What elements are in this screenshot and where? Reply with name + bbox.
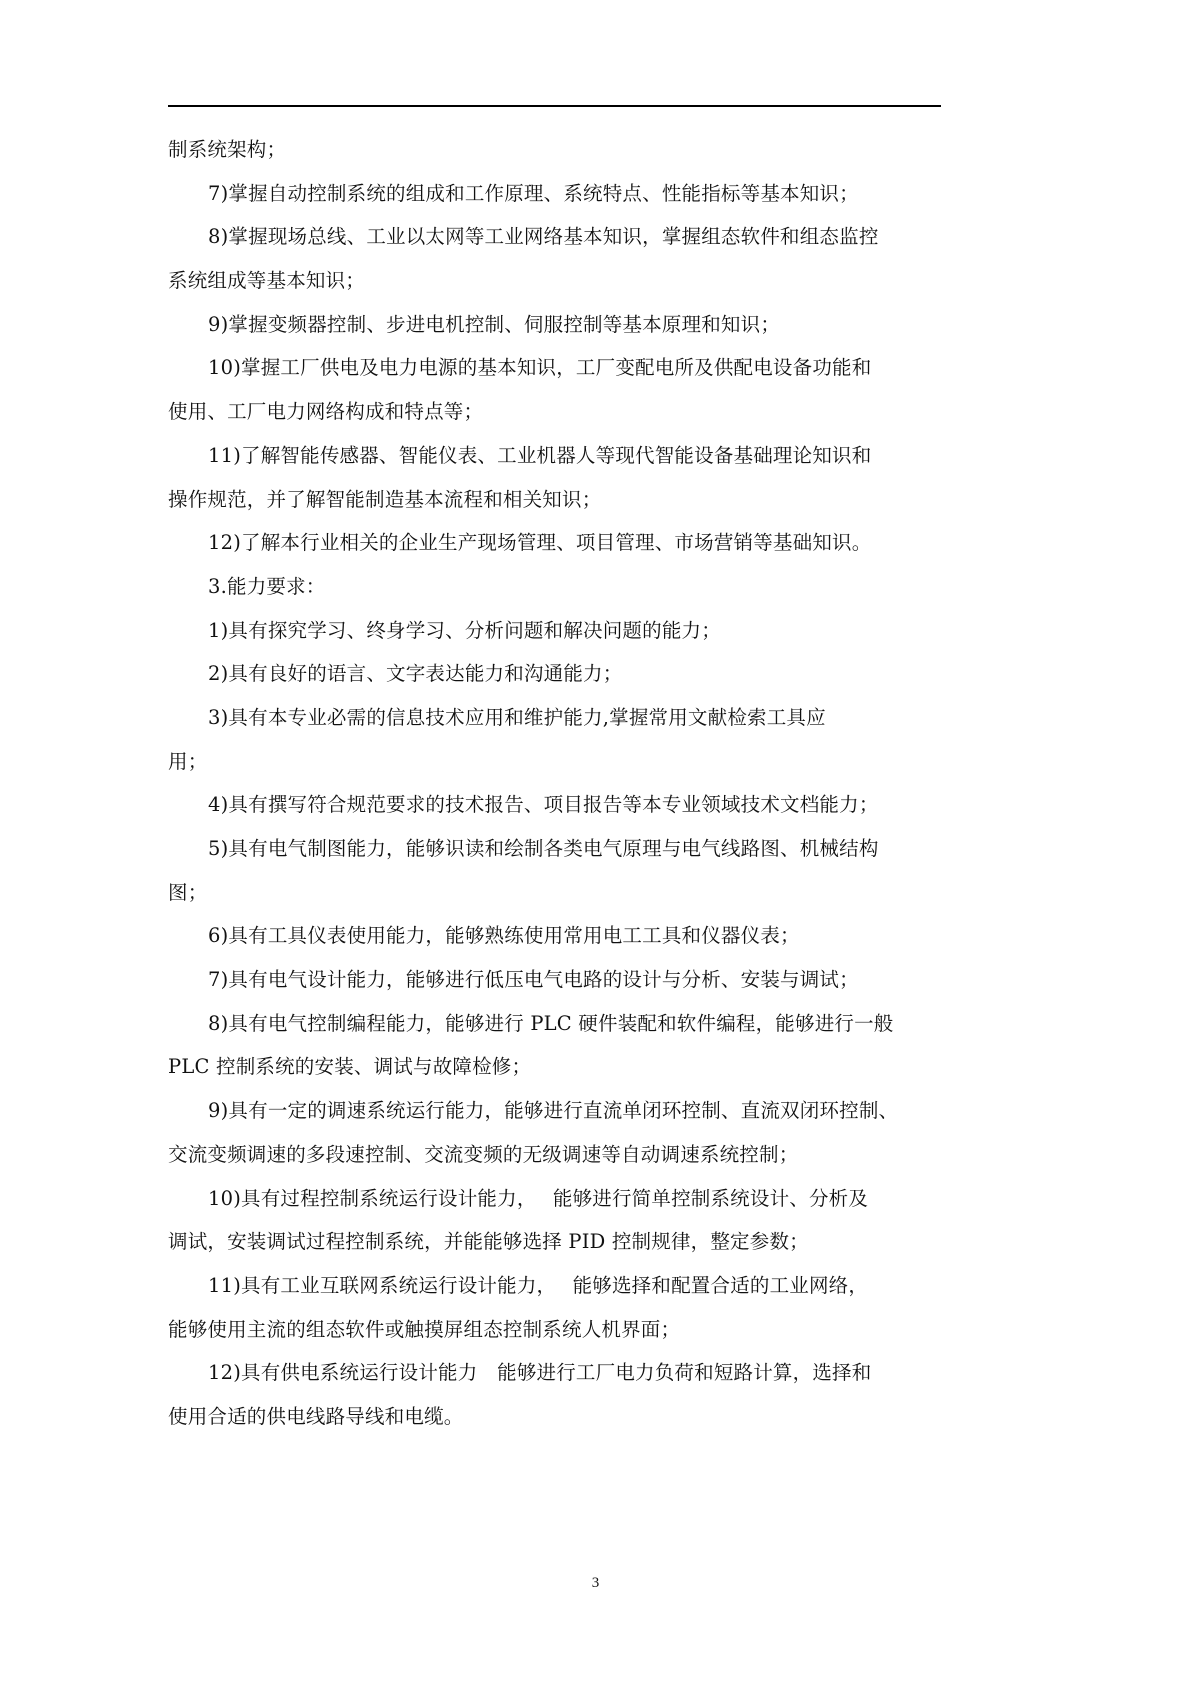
text-line: 制系统架构； xyxy=(168,128,941,172)
text-line: 2)具有良好的语言、文字表达能力和沟通能力； xyxy=(168,652,941,696)
text-line: 11)具有工业互联网系统运行设计能力， 能够选择和配置合适的工业网络， xyxy=(168,1264,941,1308)
document-body: 制系统架构； 7)掌握自动控制系统的组成和工作原理、系统特点、性能指标等基本知识… xyxy=(168,128,941,1439)
page-number: 3 xyxy=(0,1575,1191,1592)
text-line: 8)掌握现场总线、工业以太网等工业网络基本知识，掌握组态软件和组态监控 xyxy=(168,215,941,259)
text-line: 调试，安装调试过程控制系统，并能能够选择 PID 控制规律，整定参数； xyxy=(168,1220,941,1264)
text-line: 1)具有探究学习、终身学习、分析问题和解决问题的能力； xyxy=(168,609,941,653)
text-line: 使用、工厂电力网络构成和特点等； xyxy=(168,390,941,434)
text-line: 12)了解本行业相关的企业生产现场管理、项目管理、市场营销等基础知识。 xyxy=(168,521,941,565)
text-line: 使用合适的供电线路导线和电缆。 xyxy=(168,1395,941,1439)
text-line: 10)掌握工厂供电及电力电源的基本知识，工厂变配电所及供配电设备功能和 xyxy=(168,346,941,390)
text-line: 7)掌握自动控制系统的组成和工作原理、系统特点、性能指标等基本知识； xyxy=(168,172,941,216)
text-line: 9)掌握变频器控制、步进电机控制、伺服控制等基本原理和知识； xyxy=(168,303,941,347)
text-line: 6)具有工具仪表使用能力，能够熟练使用常用电工工具和仪器仪表； xyxy=(168,914,941,958)
header-rule xyxy=(168,105,941,107)
text-line: 8)具有电气控制编程能力，能够进行 PLC 硬件装配和软件编程，能够进行一般 xyxy=(168,1002,941,1046)
text-line: 11)了解智能传感器、智能仪表、工业机器人等现代智能设备基础理论知识和 xyxy=(168,434,941,478)
text-line: 4)具有撰写符合规范要求的技术报告、项目报告等本专业领域技术文档能力； xyxy=(168,783,941,827)
section-heading: 3.能力要求： xyxy=(168,565,941,609)
text-line: 9)具有一定的调速系统运行能力，能够进行直流单闭环控制、直流双闭环控制、 xyxy=(168,1089,941,1133)
text-line: PLC 控制系统的安装、调试与故障检修； xyxy=(168,1045,941,1089)
text-line: 能够使用主流的组态软件或触摸屏组态控制系统人机界面； xyxy=(168,1308,941,1352)
text-line: 10)具有过程控制系统运行设计能力， 能够进行简单控制系统设计、分析及 xyxy=(168,1177,941,1221)
text-line: 交流变频调速的多段速控制、交流变频的无级调速等自动调速系统控制； xyxy=(168,1133,941,1177)
text-line: 用； xyxy=(168,740,941,784)
text-line: 3)具有本专业必需的信息技术应用和维护能力,掌握常用文献检索工具应 xyxy=(168,696,941,740)
text-line: 5)具有电气制图能力，能够识读和绘制各类电气原理与电气线路图、机械结构 xyxy=(168,827,941,871)
text-line: 12)具有供电系统运行设计能力 能够进行工厂电力负荷和短路计算，选择和 xyxy=(168,1351,941,1395)
text-line: 操作规范，并了解智能制造基本流程和相关知识； xyxy=(168,478,941,522)
text-line: 7)具有电气设计能力，能够进行低压电气电路的设计与分析、安装与调试； xyxy=(168,958,941,1002)
text-line: 图； xyxy=(168,871,941,915)
text-line: 系统组成等基本知识； xyxy=(168,259,941,303)
